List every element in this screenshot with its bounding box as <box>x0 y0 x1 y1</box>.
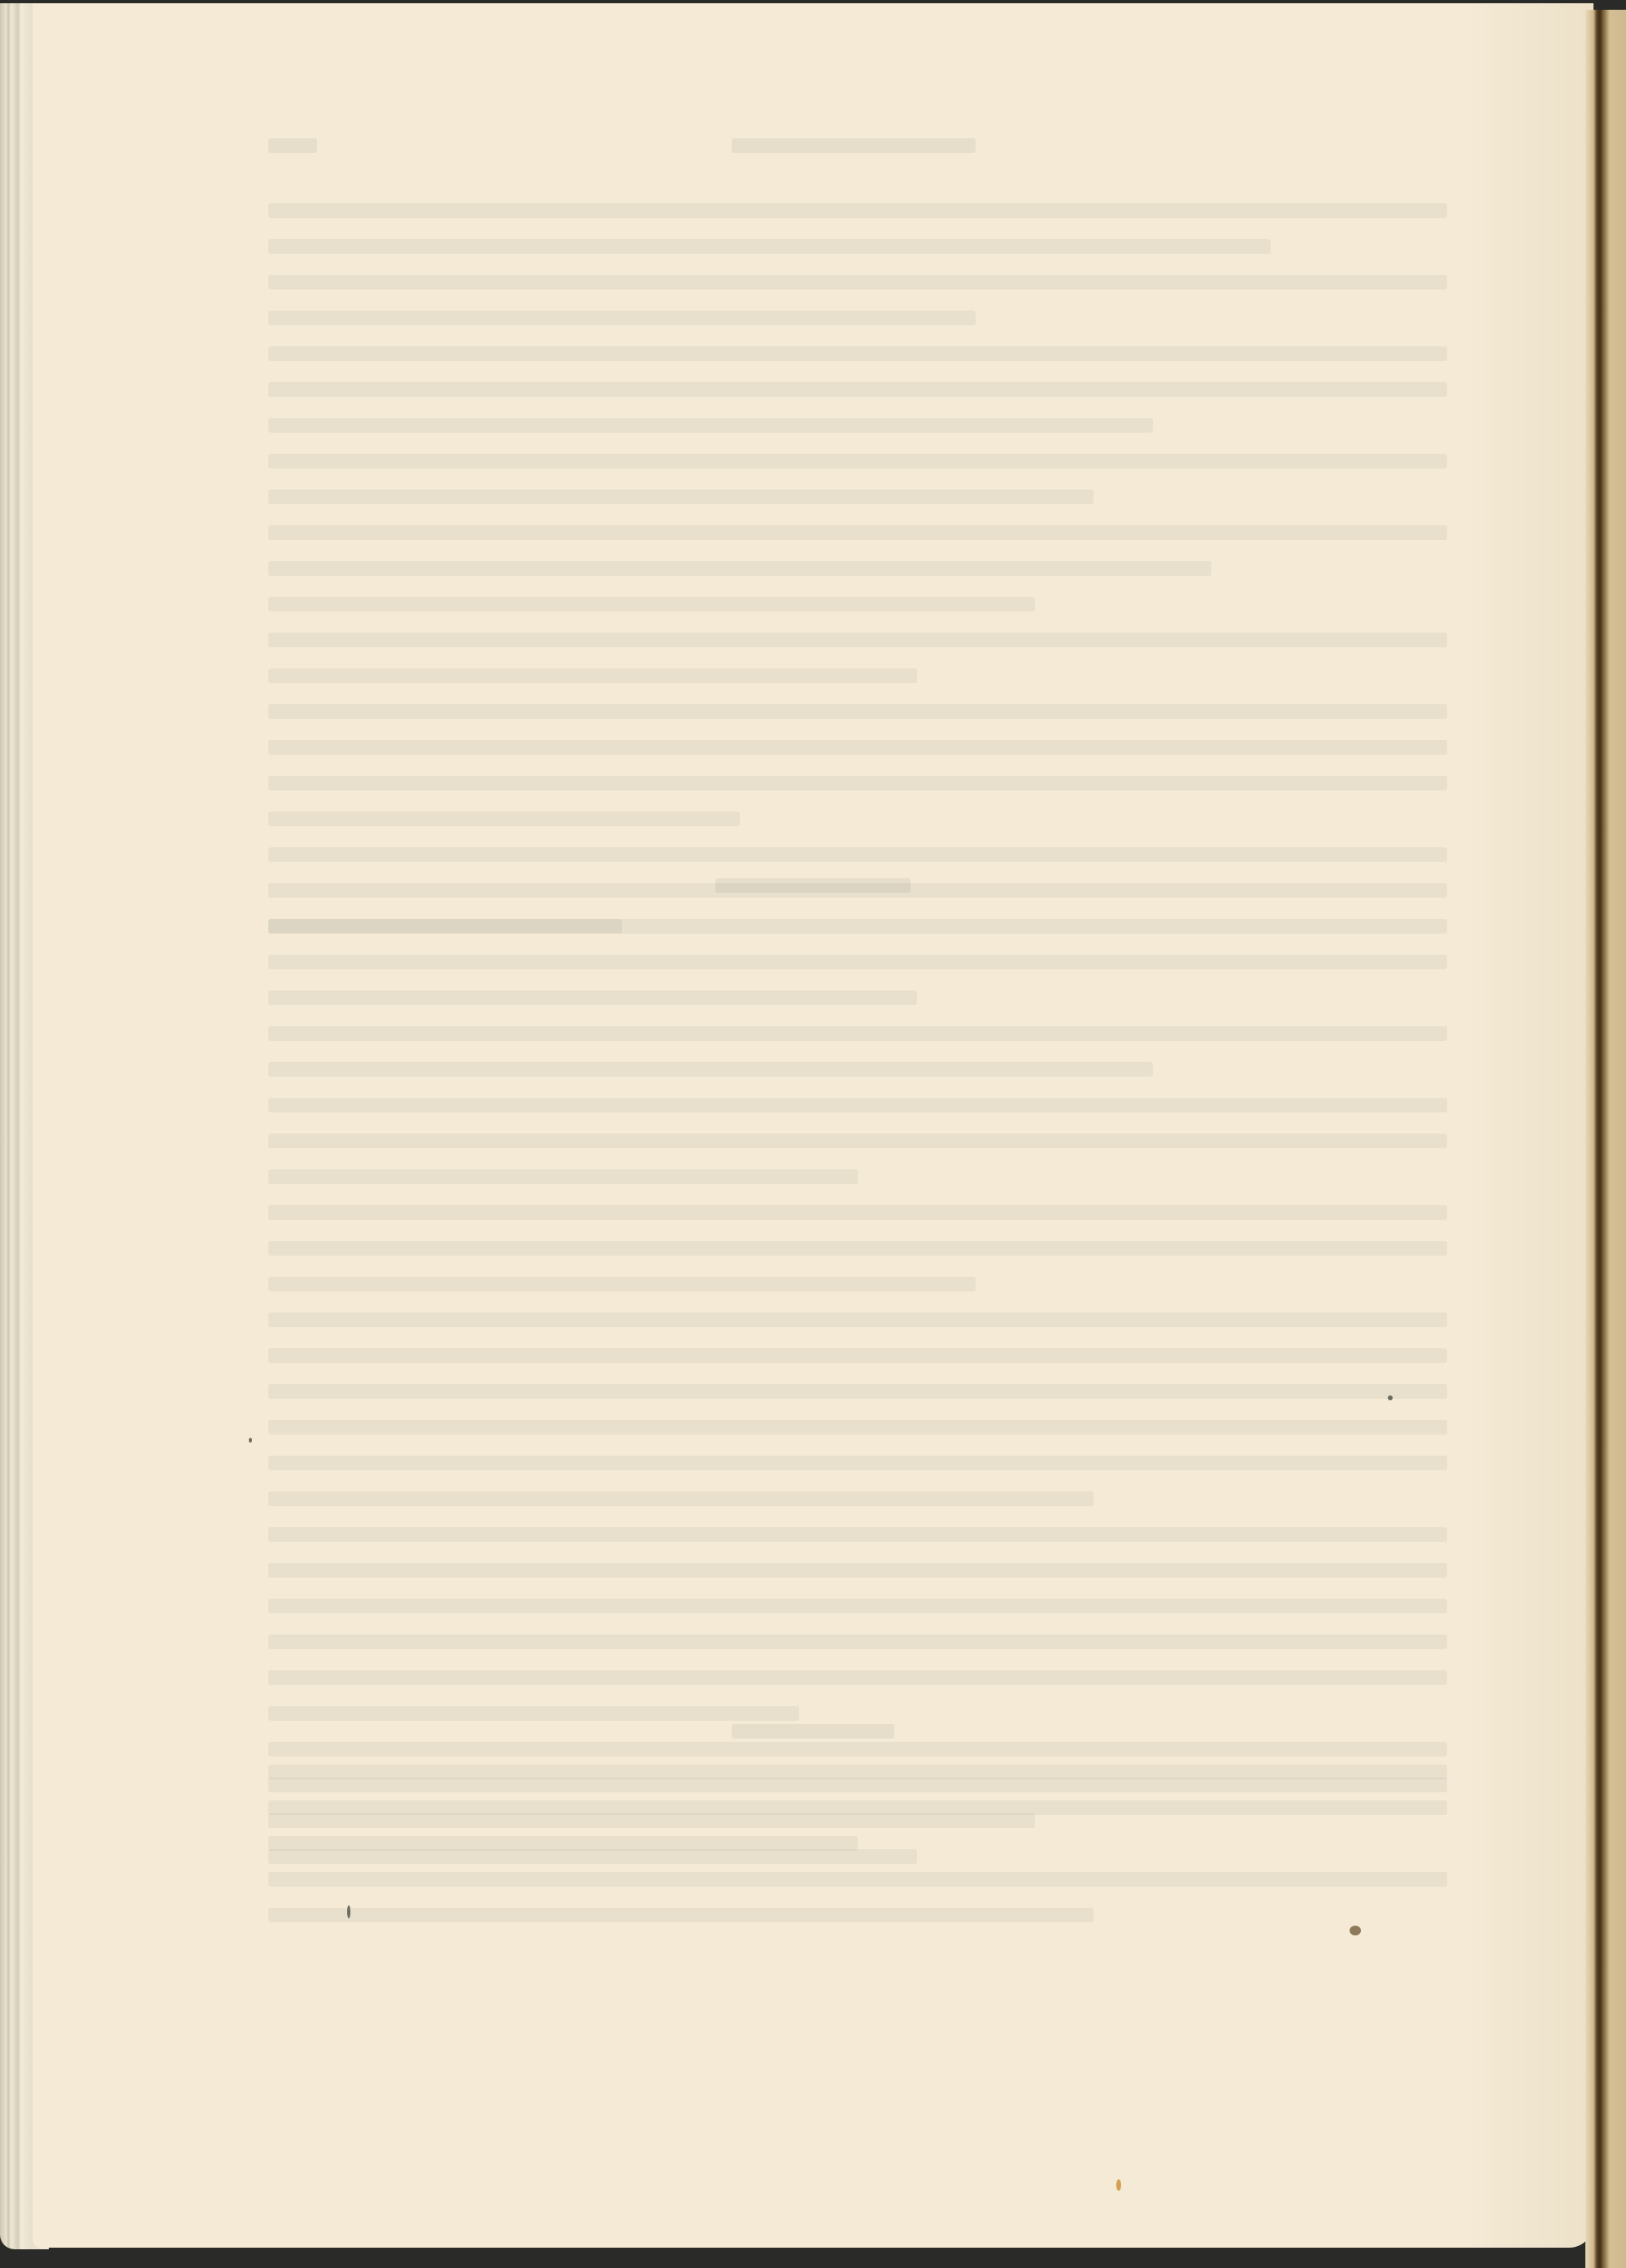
showthrough-running-head <box>732 138 976 153</box>
paper-speck <box>1388 1395 1393 1400</box>
paper-speck <box>249 1438 252 1443</box>
book-binding-edge <box>1585 10 1626 2268</box>
showthrough-text-block-3 <box>268 1765 1447 1944</box>
showthrough-page-number <box>268 138 317 153</box>
showthrough-section-heading-2 <box>732 1724 894 1739</box>
showthrough-section-heading <box>715 878 911 893</box>
showthrough-text-block <box>268 203 1447 955</box>
showthrough-text-block-2 <box>268 919 1447 1885</box>
paper-speck <box>1116 2179 1121 2191</box>
paper-speck <box>347 1905 350 1918</box>
paper-speck <box>1350 1926 1361 1935</box>
